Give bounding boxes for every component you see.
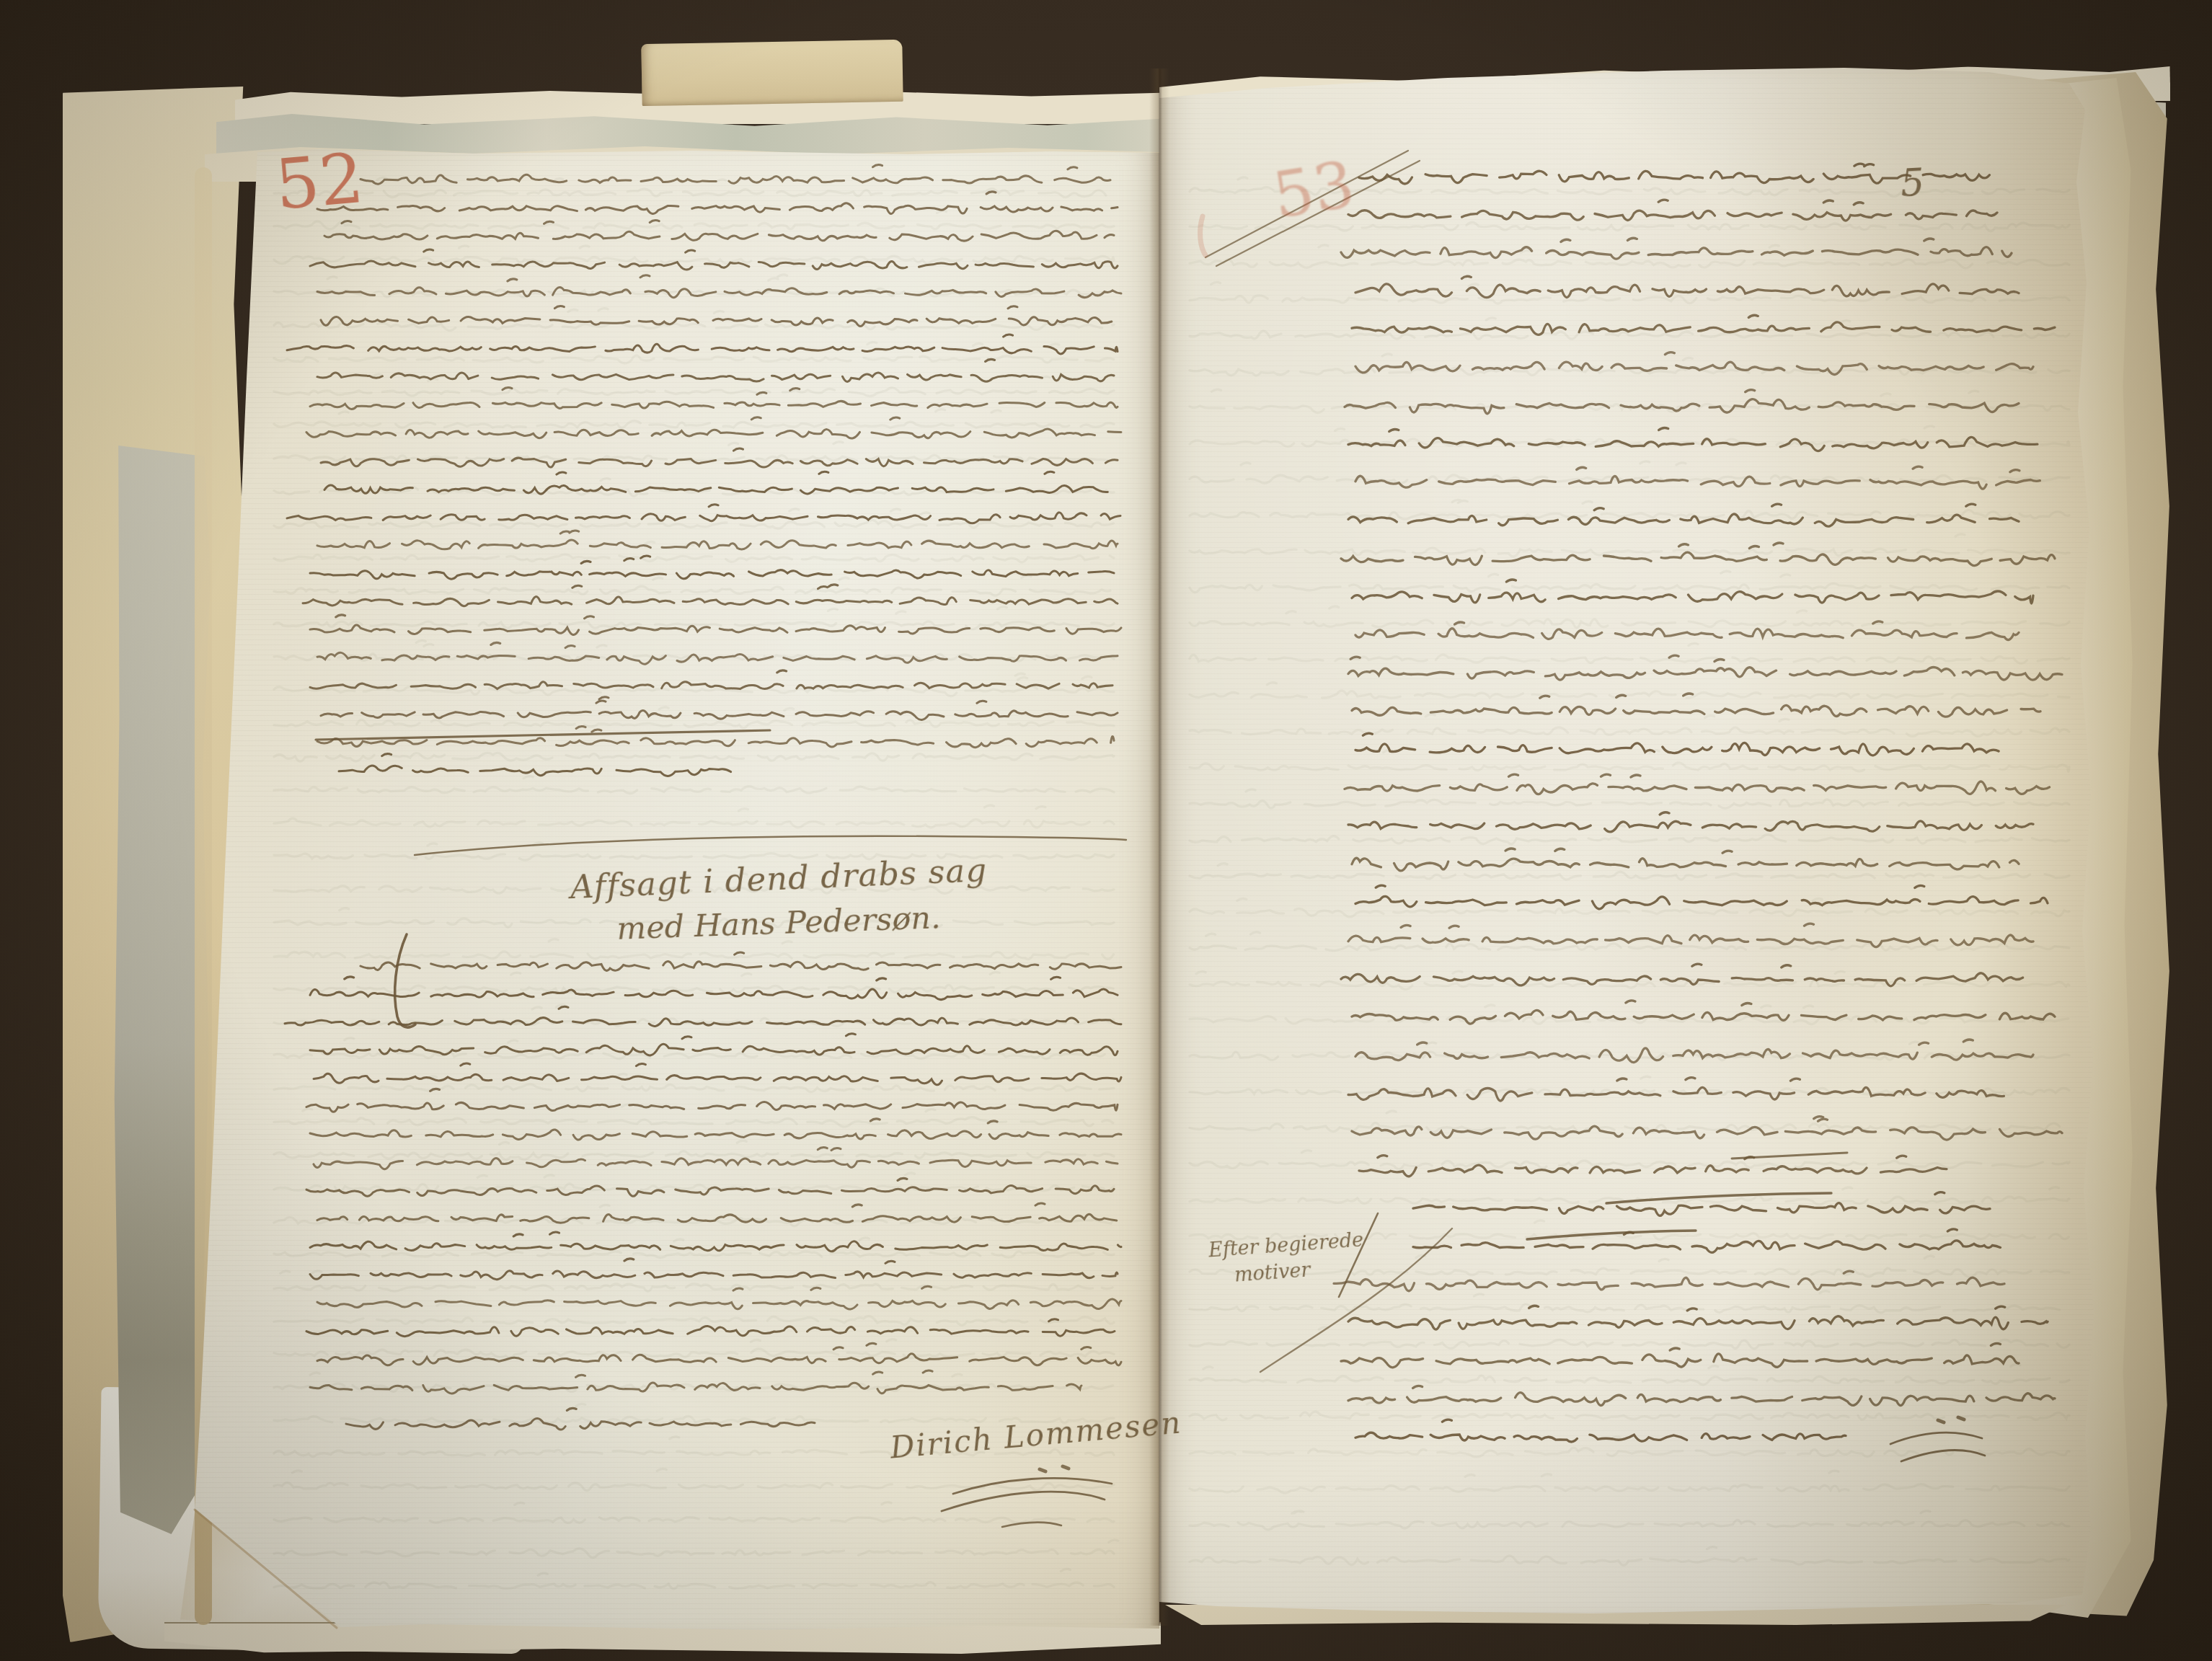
text-line <box>1190 789 2069 808</box>
ink-mark <box>942 1492 1105 1511</box>
handwriting-left-block1 <box>287 165 1121 776</box>
ink-mark <box>395 934 415 1027</box>
text-line <box>1359 164 1989 184</box>
text-line <box>1190 500 2069 520</box>
text-line <box>274 1339 1114 1358</box>
text-line <box>274 1373 1113 1391</box>
text-line <box>1190 318 2069 340</box>
ink-mark <box>1890 1432 1982 1444</box>
text-line <box>1190 683 2069 699</box>
text-line <box>1190 714 2069 737</box>
text-line <box>274 479 1114 497</box>
text-line <box>287 335 1118 354</box>
ink-mark <box>195 1510 337 1628</box>
text-line <box>310 1370 1081 1394</box>
text-line <box>1190 1327 2069 1349</box>
text-line <box>1341 964 2023 986</box>
text-line <box>274 707 1114 728</box>
text-line <box>1190 643 2069 663</box>
text-line <box>1355 733 1999 756</box>
text-line <box>317 642 1118 664</box>
text-line <box>274 1038 1105 1059</box>
text-line <box>1190 354 2069 376</box>
text-line <box>1341 238 2012 259</box>
text-line <box>1355 1040 2033 1063</box>
text-line <box>287 505 1120 523</box>
text-line <box>1190 1005 2069 1024</box>
text-line <box>306 1089 1118 1112</box>
text-line <box>310 1034 1118 1055</box>
text-line <box>1348 1078 2004 1101</box>
text-line <box>1190 245 2069 268</box>
bleedthrough-right <box>1190 177 2069 1565</box>
folio-number-right-red: 53 <box>1268 147 1360 233</box>
text-line <box>274 1205 1114 1226</box>
text-line <box>321 306 1112 327</box>
text-line <box>314 1063 1121 1085</box>
text-line <box>1190 1435 2069 1457</box>
text-line <box>274 805 1114 828</box>
ink-mark <box>1200 216 1205 255</box>
text-line <box>1190 1042 2069 1060</box>
text-line <box>1345 774 2050 794</box>
text-line <box>274 1140 1114 1159</box>
text-line <box>310 1232 1121 1252</box>
text-line <box>1190 1291 2060 1313</box>
text-line <box>1355 353 2033 375</box>
text-line <box>1190 1255 2069 1277</box>
text-line <box>317 1203 1117 1223</box>
text-line <box>274 575 1110 595</box>
text-line <box>1190 571 2069 593</box>
text-line <box>274 541 1114 562</box>
ink-mark <box>1040 1469 1045 1471</box>
text-line <box>310 1259 1118 1280</box>
ink-mark <box>1732 1153 1847 1159</box>
ink-mark <box>1002 1523 1061 1527</box>
text-line <box>274 1469 1114 1490</box>
text-line <box>1348 200 1997 221</box>
text-line <box>1355 276 2019 297</box>
text-line <box>1190 1111 2060 1132</box>
text-line <box>1352 580 2033 603</box>
text-line <box>306 417 1121 438</box>
text-line <box>274 972 1113 993</box>
text-line <box>360 165 1110 185</box>
photo-canvas: 52 53 5 Affsagt i dend drabs sag med Han… <box>0 0 2212 1661</box>
text-line <box>314 1148 1118 1169</box>
text-line <box>1352 849 2019 871</box>
text-line <box>1190 750 2069 772</box>
handwriting-left-block2 <box>285 952 1121 1430</box>
text-line <box>274 1502 1114 1523</box>
text-line <box>310 977 1118 1000</box>
text-line <box>1190 1402 2069 1420</box>
text-line <box>1190 1364 2069 1384</box>
text-line <box>1190 606 2069 628</box>
ink-mark <box>1958 1417 1964 1419</box>
text-line <box>310 556 1114 579</box>
text-line <box>1359 1156 1947 1177</box>
text-line <box>274 246 1114 264</box>
text-line <box>310 670 1112 689</box>
page-number-ink: 5 <box>1899 161 1925 205</box>
text-line <box>274 776 1114 794</box>
text-line <box>321 697 1118 720</box>
text-line <box>274 1540 1118 1558</box>
text-line <box>1355 885 2048 909</box>
text-line <box>324 220 1114 241</box>
text-line <box>1190 389 2069 412</box>
text-line <box>1348 812 2033 832</box>
text-line <box>1348 1386 2055 1405</box>
text-line <box>1190 1471 2069 1493</box>
text-line <box>317 531 1118 549</box>
text-line <box>1352 315 2055 335</box>
text-line <box>1190 1547 2069 1565</box>
text-line <box>1355 1419 1846 1442</box>
text-line <box>1190 534 2069 557</box>
text-line <box>274 211 1114 229</box>
ink-mark <box>1063 1466 1069 1469</box>
text-line <box>274 1404 1114 1423</box>
text-line <box>1348 428 2038 451</box>
folio-number-left-red: 52 <box>272 138 366 226</box>
text-line <box>1190 1511 2069 1530</box>
text-line <box>1413 1229 2001 1253</box>
ink-mark <box>1938 1420 1944 1422</box>
text-line <box>274 1569 1114 1588</box>
text-line <box>1345 390 2019 414</box>
text-line <box>324 471 1107 494</box>
text-line <box>274 409 1114 428</box>
